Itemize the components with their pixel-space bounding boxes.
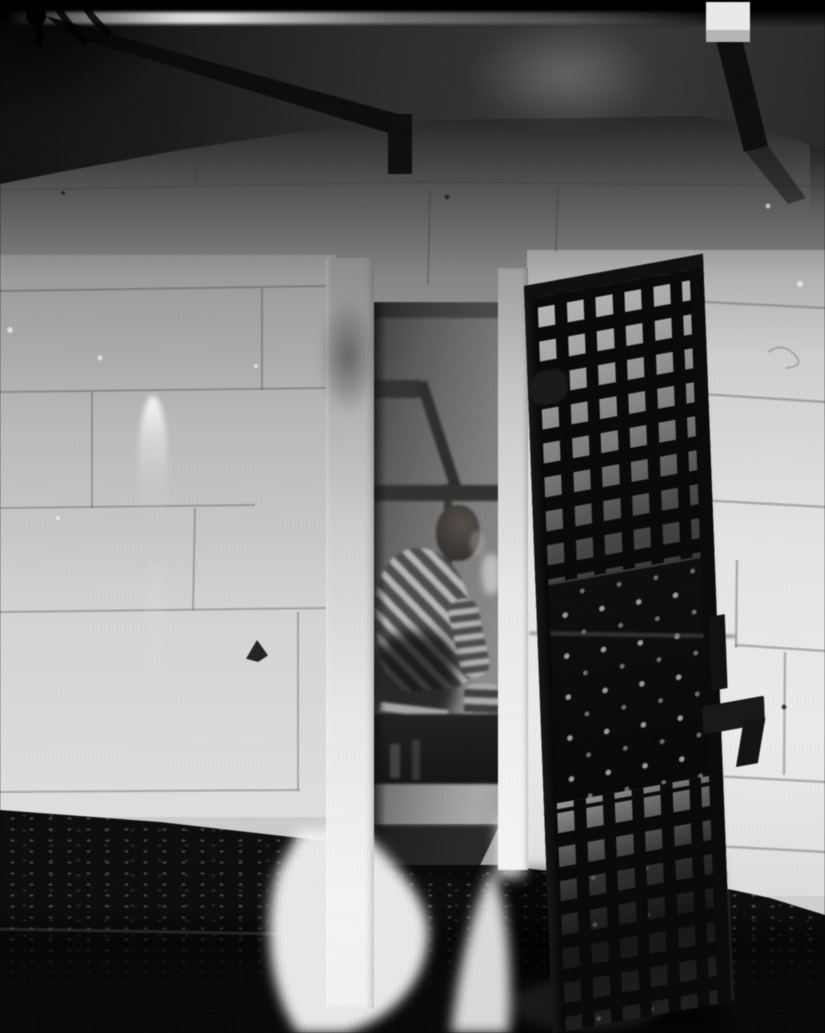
prison-cell-photograph: A prisoner wearing a striped uniform sit… [0, 0, 825, 1033]
scene [0, 0, 825, 1033]
film-grain-overlay [0, 0, 825, 1033]
